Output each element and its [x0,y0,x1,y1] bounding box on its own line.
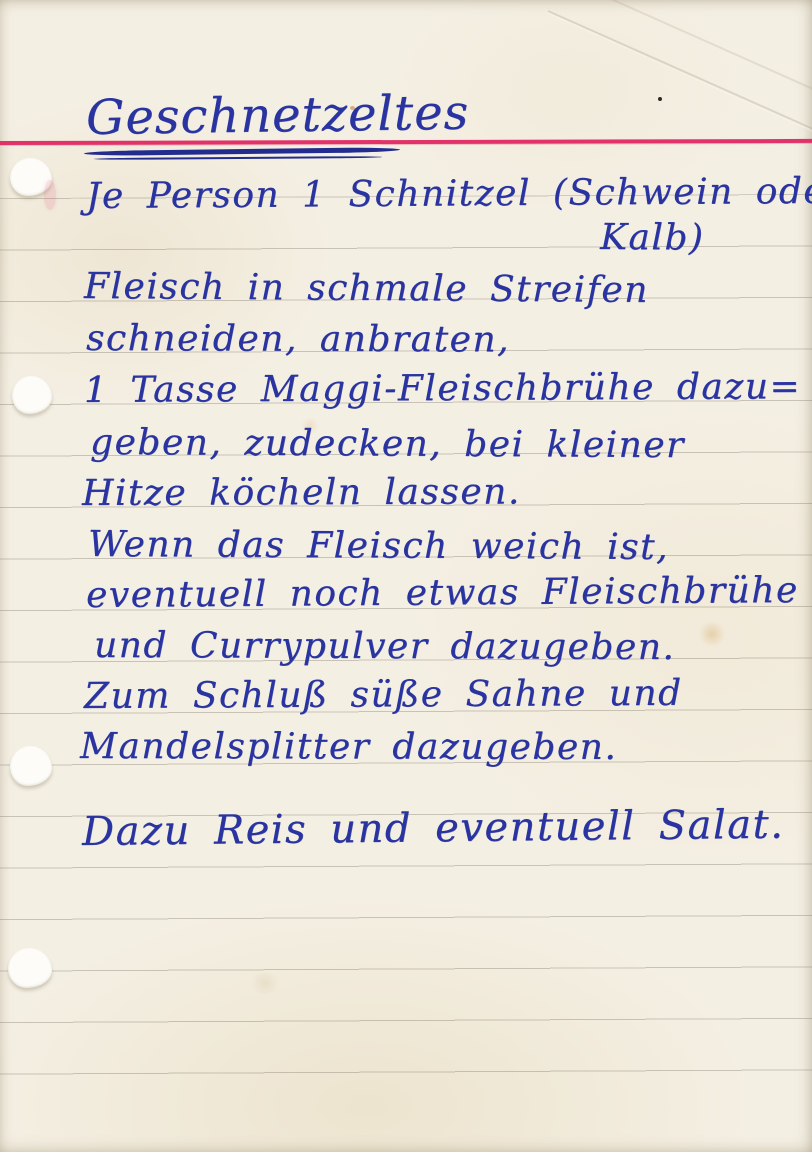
handwritten-line: eventuell noch etwas Fleischbrühe [86,573,799,614]
recipe-title: Geschnetzeltes [86,89,470,142]
handwritten-line: Dazu Reis und eventuell Salat. [82,805,785,852]
stain [44,180,56,210]
handwritten-line: Fleisch in schmale Streifen [84,269,649,309]
handwritten-line: Hitze köcheln lassen. [82,474,521,512]
stain [248,972,282,994]
ink-speck [658,97,662,101]
fold-crease [602,0,812,102]
handwritten-line: und Currypulver dazugeben. [94,628,675,666]
title-underline [94,156,382,160]
handwritten-line: Je Person 1 Schnitzel (Schwein oder [86,174,812,215]
handwritten-line: geben, zudecken, bei kleiner [90,425,685,464]
punch-hole [10,746,52,786]
handwritten-line: Zum Schluß süße Sahne und [84,676,683,715]
title-underline [84,147,400,156]
notebook-page: Geschnetzeltes Je Person 1 Schnitzel (Sc… [0,0,812,1152]
punch-hole [8,948,52,988]
stain [698,622,726,646]
handwritten-line: schneiden, anbraten, [86,321,510,358]
handwritten-line: Mandelsplitter dazugeben. [80,729,617,766]
punch-hole [12,376,52,414]
handwritten-line: Kalb) [600,220,705,257]
handwritten-line: Wenn das Fleisch weich ist, [88,527,669,566]
handwritten-line: 1 Tasse Maggi-Fleischbrühe dazu= [84,369,801,409]
